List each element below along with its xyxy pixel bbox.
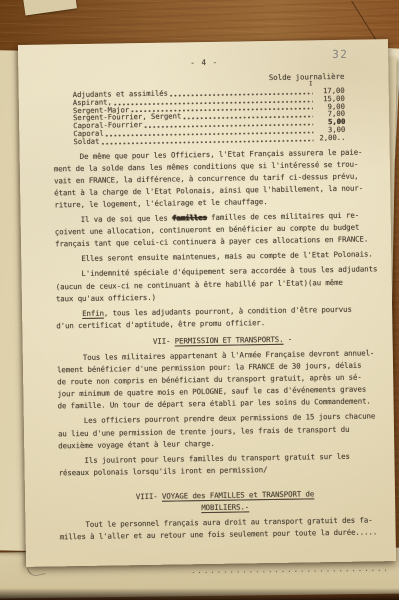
underlined-text: Enfin (82, 308, 104, 317)
heading-prefix: VIII- (136, 492, 162, 501)
paragraph: L'indemnité spéciale d'équipement sera a… (55, 264, 374, 305)
rank-label: Soldat (73, 137, 99, 145)
paragraph: Enfin, tous les adjudants pourront, à co… (56, 303, 374, 332)
paragraph: Elles seront ensuite maintenues, mais au… (55, 249, 373, 266)
pay-table: Adjudants et assimilés17,00Aspirant,15,0… (73, 87, 346, 146)
photo-edge-shadow (0, 588, 399, 600)
rank-value: 2,00.. (315, 134, 345, 142)
folio-number: 32 (332, 48, 348, 61)
text-run: Il va de soi que les (81, 214, 172, 224)
dot-leader (101, 138, 313, 145)
paragraph: Tous les militaires appartenant à l'Armé… (57, 347, 376, 412)
text-run: , tous les adjudants pourront, à conditi… (104, 304, 352, 317)
text-line: VII- PERMISSION ET TRANSPORTS. - (71, 332, 375, 349)
section-heading: VII- PERMISSION ET TRANSPORTS. - (71, 332, 375, 349)
page-number: - 4 - (52, 56, 356, 70)
heading-prefix: VII- (153, 336, 175, 345)
text-run: familles de ces militaires qui re- (207, 211, 359, 222)
heading-suffix: - (283, 335, 292, 344)
document-page: 32 - 4 - Solde journalière I Adjudants e… (18, 39, 396, 567)
section-heading: VIII- VOYAGE des FAMILLES et TRANSPORT d… (73, 487, 377, 516)
underlined-text: VOYAGE des FAMILLES et TRANSPORT de (162, 489, 314, 500)
paragraph: De même que pour les Officiers, l'Etat F… (54, 146, 373, 211)
paragraph: Tout le personnel français aura droit au… (59, 514, 377, 543)
underlined-text: PERMISSION ET TRANSPORTS. (175, 335, 284, 346)
document-body: De même que pour les Officiers, l'Etat F… (54, 146, 378, 544)
paragraph: Les officiers pourront prendre deux perm… (58, 411, 377, 452)
text-line: Elles seront ensuite maintenues, mais au… (55, 249, 373, 266)
underlined-text: MOBILIERS.- (201, 502, 249, 512)
paragraph: Il va de soi que les familles familles d… (55, 209, 374, 250)
struck-word: familles (172, 213, 207, 223)
paragraph: Ils jouiront pour leurs familles du tran… (58, 450, 376, 479)
